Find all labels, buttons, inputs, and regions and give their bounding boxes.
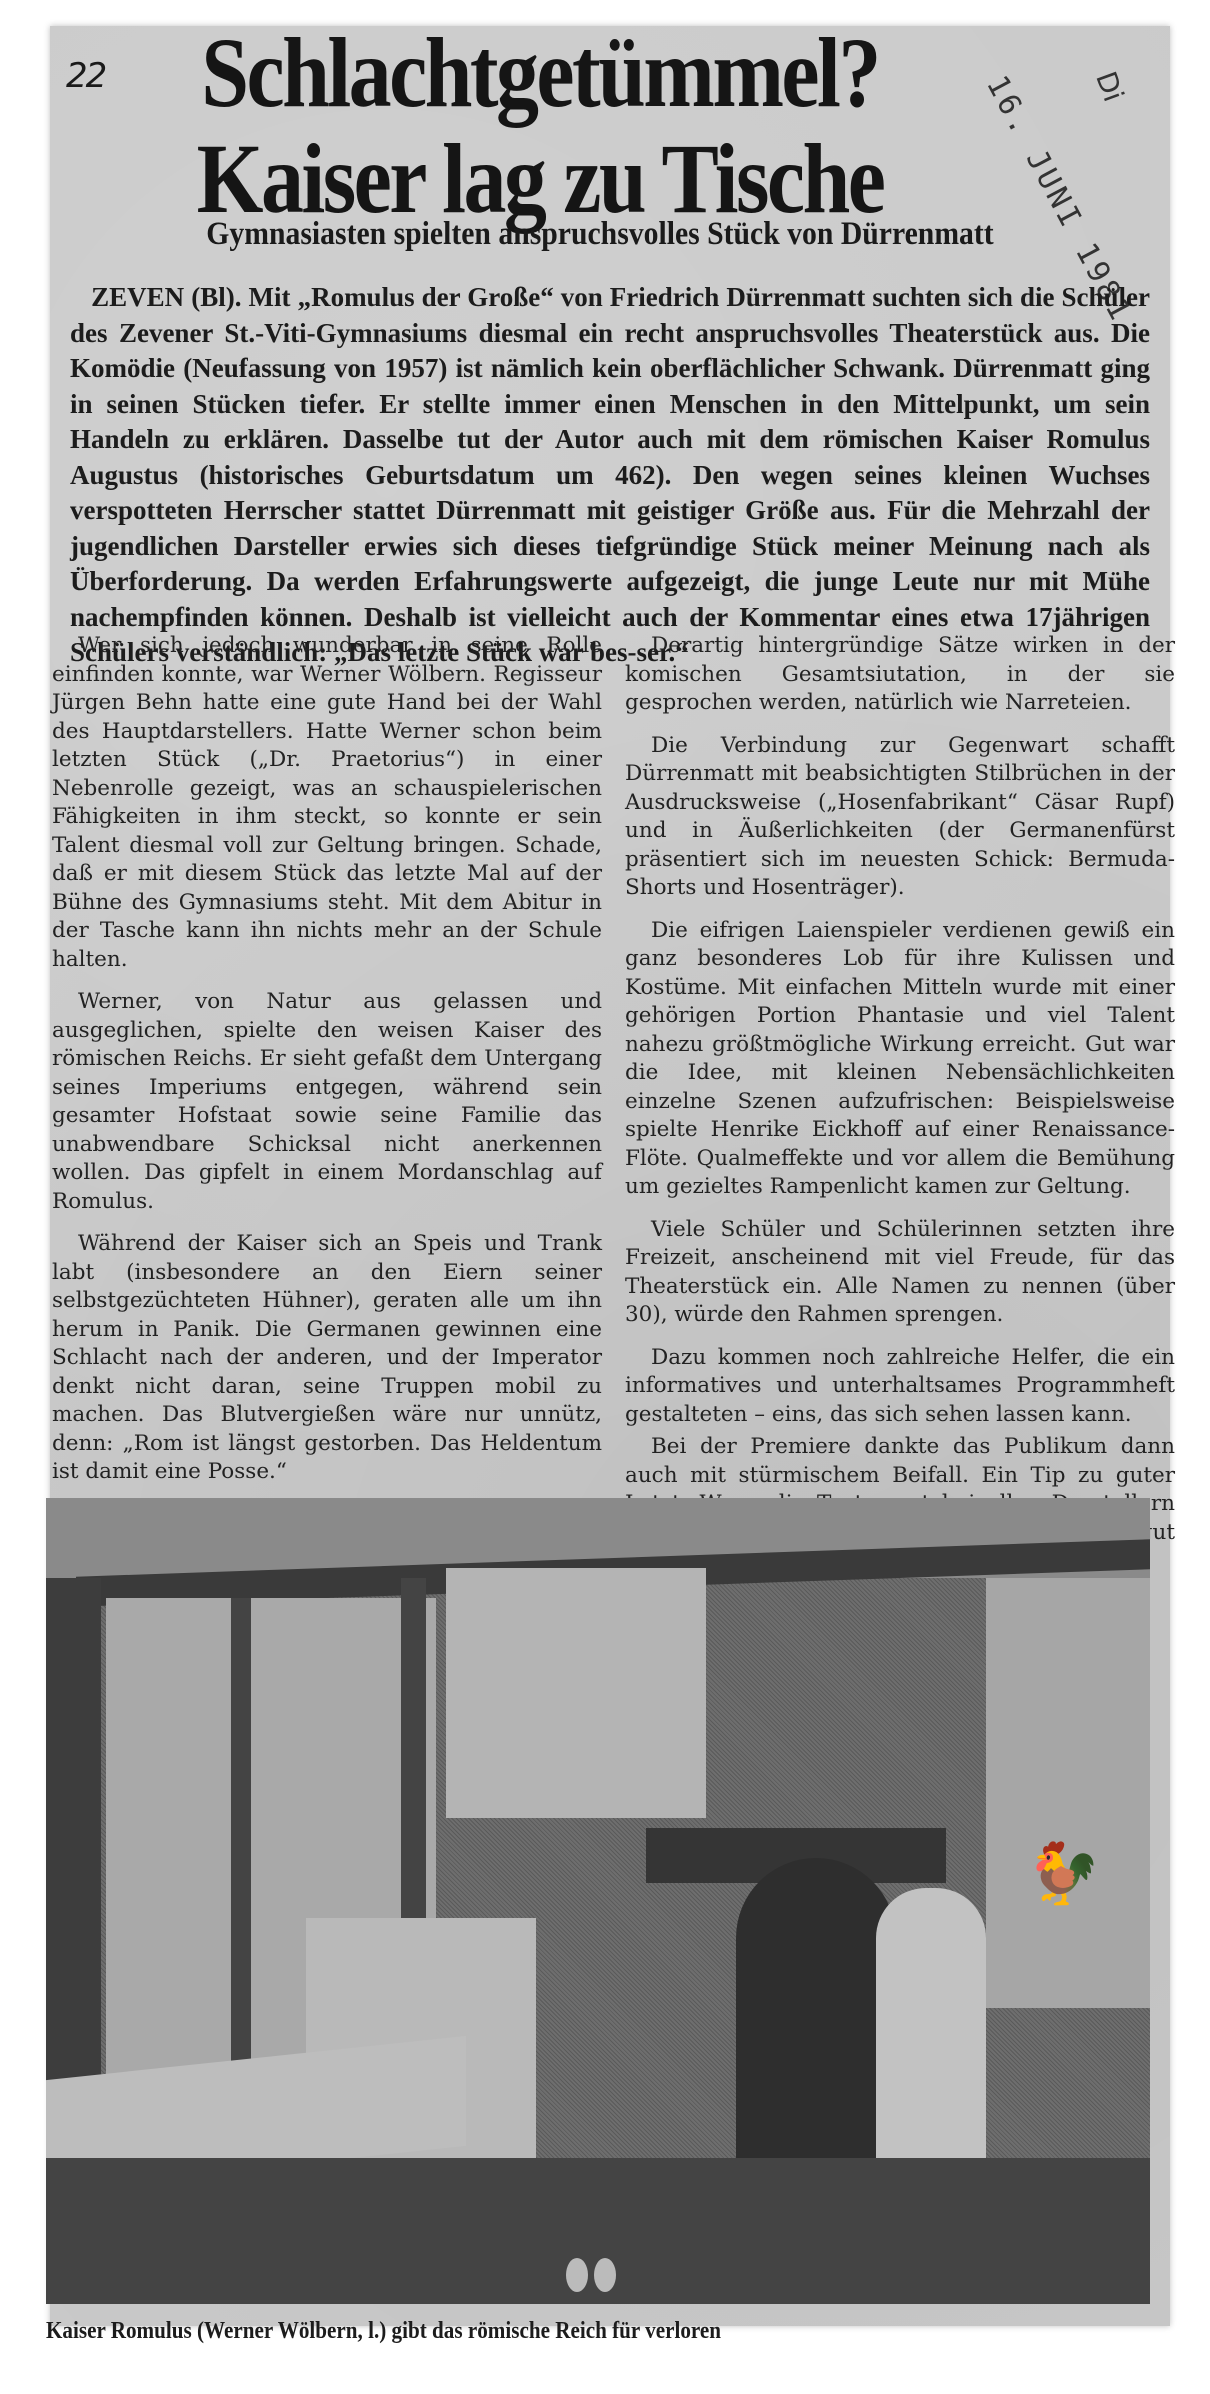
paragraph: Wer sich jedoch wunderbar in seine Rolle… bbox=[52, 632, 602, 974]
paragraph: Derartig hintergründige Sätze wirken in … bbox=[625, 632, 1175, 718]
paragraph: Die eifrigen Laienspieler verdienen gewi… bbox=[625, 917, 1175, 1202]
article-column-right: Derartig hintergründige Sätze wirken in … bbox=[625, 632, 1175, 1590]
paragraph: Die Verbindung zur Gegenwart schafft Dür… bbox=[625, 732, 1175, 903]
subheadline: Gymnasiasten spielten anspruchsvolles St… bbox=[168, 216, 1032, 253]
paragraph: Dazu kommen noch zahlreiche Helfer, die … bbox=[625, 1344, 1175, 1430]
headline-line-1: Schlachtgetümmel? bbox=[153, 20, 927, 126]
paragraph: Viele Schüler und Schülerinnen setzten i… bbox=[625, 1216, 1175, 1330]
lead-paragraph: ZEVEN (Bl). Mit „Romulus der Große“ von … bbox=[70, 280, 1150, 671]
photo-caption: Kaiser Romulus (Werner Wölbern, l.) gibt… bbox=[46, 2318, 926, 2345]
photo-eggs bbox=[594, 2258, 616, 2292]
handwritten-page-number: 22 bbox=[66, 56, 105, 96]
stage-photo: 🐓 bbox=[46, 1498, 1150, 2304]
lead-text: Mit „Romulus der Große“ von Friedrich Dü… bbox=[70, 282, 1150, 667]
photo-post bbox=[401, 1578, 426, 1948]
paragraph: Während der Kaiser sich an Speis und Tra… bbox=[52, 1230, 602, 1487]
article-column-left: Wer sich jedoch wunderbar in seine Rolle… bbox=[52, 632, 602, 1629]
headline: Schlachtgetümmel? Kaiser lag zu Tische bbox=[153, 20, 927, 232]
photo-wall-right bbox=[986, 1578, 1150, 2008]
photo-wall-center bbox=[446, 1568, 706, 1818]
dateline: ZEVEN (Bl). bbox=[91, 282, 241, 312]
photo-eggs bbox=[566, 2258, 588, 2292]
paragraph: Werner, von Natur aus gelassen und ausge… bbox=[52, 988, 602, 1216]
rooster-icon: 🐓 bbox=[1026, 1838, 1101, 1909]
